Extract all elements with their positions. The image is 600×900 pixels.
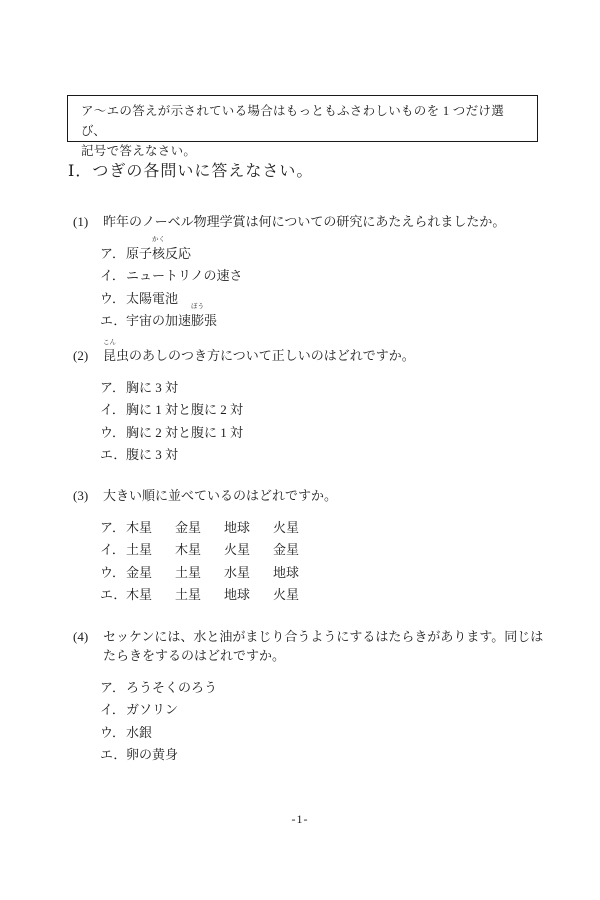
option-text: 胸に 1 対と腹に 2 対 (126, 402, 243, 417)
question-4-options: ア．ろうそくのろう イ．ガソリン ウ．水銀 エ．卵の黄身 (100, 677, 553, 766)
question-3-line: (3) 大きい順に並べているのはどれですか。 (73, 486, 553, 505)
option-label: ウ． (100, 722, 126, 744)
option-row: ウ．金星土星水星地球 (100, 562, 553, 584)
option-row: イ．ニュートリノの速さ (100, 265, 553, 287)
furigana: ぼう (191, 304, 204, 311)
planet-cell: 火星 (273, 517, 299, 539)
planet-cell: 木星 (126, 584, 175, 606)
question-text: 昨年のノーベル物理学賞は何についての研究にあたえられましたか。 (103, 212, 548, 231)
option-text: 胸に 3 対 (126, 380, 178, 395)
question-number: (4) (73, 627, 103, 665)
planet-cell: 金星 (175, 517, 224, 539)
question-text: 大きい順に並べているのはどれですか。 (103, 486, 548, 505)
option-row: ア．胸に 3 対 (100, 377, 553, 399)
option-text: ろうそくのろう (126, 680, 217, 695)
question-text: セッケンには、水と油がまじり合うようにするはたらきがあります。同じはたらきをする… (103, 627, 548, 665)
option-label: ア． (100, 377, 126, 399)
question-1: (1) 昨年のノーベル物理学賞は何についての研究にあたえられましたか。 ア．原子… (73, 212, 553, 332)
option-text: 太陽電池 (126, 291, 178, 306)
ruby-base: 核かく (152, 243, 165, 265)
option-row: イ．胸に 1 対と腹に 2 対 (100, 399, 553, 421)
planet-cell: 木星 (126, 517, 175, 539)
question-4-line: (4) セッケンには、水と油がまじり合うようにするはたらきがあります。同じはたら… (73, 627, 553, 665)
option-row: ウ．水銀 (100, 722, 553, 744)
option-label: ウ． (100, 422, 126, 444)
option-row: ウ．太陽電池 (100, 288, 553, 310)
question-text-rest: 虫のあしのつき方について正しいのはどれですか。 (116, 348, 415, 363)
planet-cell: 水星 (224, 562, 273, 584)
option-label: イ． (100, 399, 126, 421)
option-text: ニュートリノの速さ (126, 268, 242, 283)
question-3: (3) 大きい順に並べているのはどれですか。 ア．木星金星地球火星 イ．土星木星… (73, 486, 553, 606)
question-text: 昆こん虫のあしのつき方について正しいのはどれですか。 (103, 346, 548, 365)
planet-cell: 金星 (126, 562, 175, 584)
option-label: イ． (100, 699, 126, 721)
option-text: 宇宙の加速膨ぼう張 (126, 313, 217, 328)
option-row: エ．宇宙の加速膨ぼう張 (100, 310, 553, 332)
option-row: ア．原子核かく反応 (100, 243, 553, 265)
option-label: エ． (100, 310, 126, 332)
planet-cell: 土星 (175, 562, 224, 584)
planet-cell: 地球 (273, 562, 299, 584)
option-text: 胸に 2 対と腹に 1 対 (126, 425, 243, 440)
page-number: -1- (0, 812, 600, 827)
question-1-line: (1) 昨年のノーベル物理学賞は何についての研究にあたえられましたか。 (73, 212, 553, 231)
furigana: こん (103, 340, 116, 347)
question-2-options: ア．胸に 3 対 イ．胸に 1 対と腹に 2 対 ウ．胸に 2 対と腹に 1 対… (100, 377, 553, 466)
question-2: (2) 昆こん虫のあしのつき方について正しいのはどれですか。 ア．胸に 3 対 … (73, 346, 553, 466)
planet-cell: 火星 (273, 584, 299, 606)
option-text-pre: 原子 (126, 246, 152, 261)
option-label: エ． (100, 584, 126, 606)
planet-cell: 地球 (224, 517, 273, 539)
question-1-options: ア．原子核かく反応 イ．ニュートリノの速さ ウ．太陽電池 エ．宇宙の加速膨ぼう張 (100, 243, 553, 332)
instruction-box: ア〜エの答えが示されている場合はもっともふさわしいものを 1 つだけ選び、 記号… (67, 95, 538, 142)
exam-page: ア〜エの答えが示されている場合はもっともふさわしいものを 1 つだけ選び、 記号… (0, 0, 600, 900)
option-label: イ． (100, 265, 126, 287)
planet-cell: 火星 (224, 539, 273, 561)
option-row: ア．ろうそくのろう (100, 677, 553, 699)
option-text-post: 反応 (165, 246, 191, 261)
question-number: (1) (73, 212, 103, 231)
question-number: (3) (73, 486, 103, 505)
ruby-base: 膨ぼう (191, 310, 204, 332)
option-text: 卵の黄身 (126, 747, 178, 762)
option-text: ガソリン (126, 702, 178, 717)
option-label: イ． (100, 539, 126, 561)
planet-cell: 土星 (126, 539, 175, 561)
option-text-pre: 宇宙の加速 (126, 313, 191, 328)
option-row: エ．腹に 3 対 (100, 444, 553, 466)
ruby-base: 昆こん (103, 346, 116, 365)
section-title: Ⅰ．つぎの各問いに答えなさい。 (68, 158, 313, 181)
option-row: イ．ガソリン (100, 699, 553, 721)
option-text: 原子核かく反応 (126, 246, 191, 261)
furigana: かく (152, 237, 165, 244)
option-label: エ． (100, 444, 126, 466)
option-row: エ．卵の黄身 (100, 744, 553, 766)
question-2-line: (2) 昆こん虫のあしのつき方について正しいのはどれですか。 (73, 346, 553, 365)
option-label: ウ． (100, 288, 126, 310)
planet-cell: 金星 (273, 539, 299, 561)
question-4: (4) セッケンには、水と油がまじり合うようにするはたらきがあります。同じはたら… (73, 627, 553, 766)
option-text: 腹に 3 対 (126, 447, 178, 462)
question-number: (2) (73, 346, 103, 365)
option-label: ア． (100, 677, 126, 699)
option-row: ア．木星金星地球火星 (100, 517, 553, 539)
planet-cell: 木星 (175, 539, 224, 561)
question-3-options: ア．木星金星地球火星 イ．土星木星火星金星 ウ．金星土星水星地球 エ．木星土星地… (100, 517, 553, 606)
option-row: ウ．胸に 2 対と腹に 1 対 (100, 422, 553, 444)
option-label: ア． (100, 243, 126, 265)
option-row: エ．木星土星地球火星 (100, 584, 553, 606)
option-label: エ． (100, 744, 126, 766)
planet-cell: 土星 (175, 584, 224, 606)
option-text-post: 張 (204, 313, 217, 328)
option-text: 水銀 (126, 725, 152, 740)
option-row: イ．土星木星火星金星 (100, 539, 553, 561)
instruction-line-1: ア〜エの答えが示されている場合はもっともふさわしいものを 1 つだけ選び、 (81, 101, 527, 141)
option-label: ウ． (100, 562, 126, 584)
planet-cell: 地球 (224, 584, 273, 606)
option-label: ア． (100, 517, 126, 539)
